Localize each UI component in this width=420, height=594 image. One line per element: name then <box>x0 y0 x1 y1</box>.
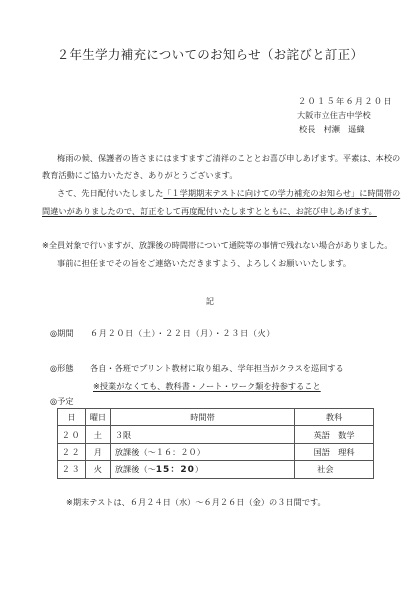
cell-subjects: 英語 数学 <box>295 426 374 443</box>
header-weekday: 曜日 <box>85 409 110 426</box>
issue-date: ２０１５年６月２０日 <box>298 96 393 106</box>
header-time: 時間帯 <box>110 409 294 426</box>
cell-subjects: 社会 <box>295 461 374 478</box>
cell-weekday: 火 <box>85 461 110 478</box>
correction-line-2: 間違いがありましたので、訂正をして再度配付いたしますとともに、お詫び申しあげます… <box>42 206 377 216</box>
greeting-line-2: 教育活動にご協力いただき、ありがとうございます。 <box>42 170 238 180</box>
time-suffix: ） <box>195 464 203 474</box>
correction-underlined-1: 「１学期期末テストに向けての学力補充のお知らせ」に時間帯の <box>163 188 400 198</box>
cell-time: 放課後（〜15：20） <box>110 461 294 478</box>
header-subjects: 教科 <box>295 409 374 426</box>
exam-footnote: ※期末テストは、６月２４日（水）〜６月２６日（金）の３日間です。 <box>66 497 326 507</box>
cell-time: 放課後（〜１６：２０） <box>110 443 294 460</box>
cell-day: ２２ <box>58 443 86 460</box>
table-row: ２２ 月 放課後（〜１６：２０） 国語 理科 <box>58 443 374 460</box>
document-title: ２年生学力補充についてのお知らせ（お詫びと訂正） <box>0 45 420 63</box>
schedule-label: ◎予定 <box>50 396 74 406</box>
cell-day: ２０ <box>58 426 86 443</box>
schedule-table: 日 曜日 時間帯 教科 ２０ 土 ３限 英語 数学 ２２ 月 放課後（〜１６：２… <box>57 408 374 479</box>
note-line-1: ※全員対象で行いますが、放課後の時間帯について通院等の事情で残れない場合がありま… <box>42 240 393 250</box>
cell-time: ３限 <box>110 426 294 443</box>
note-line-2: 事前に担任までその旨をご連絡いただきますよう、よろしくお願いいたします。 <box>57 258 351 268</box>
form-value: 各自・各班でプリント教材に取り組み、学年担当がクラスを巡回する <box>90 363 344 373</box>
header-day: 日 <box>58 409 86 426</box>
correction-line-1: さて、先日配付いたしました「１学期期末テストに向けての学力補充のお知らせ」に時間… <box>57 188 400 198</box>
ki-heading: 記 <box>0 296 420 306</box>
form-note: ※授業がなくても、教科書・ノート・ワーク類を持参すること <box>93 381 321 391</box>
form-label: ◎形態 <box>50 363 74 373</box>
table-row: ２０ 土 ３限 英語 数学 <box>58 426 374 443</box>
greeting-line-1: 梅雨の候、保護者の皆さまにはますますご清祥のこととお喜び申しあげます。平素は、本… <box>57 153 400 163</box>
cell-subjects: 国語 理科 <box>295 443 374 460</box>
cell-weekday: 土 <box>85 426 110 443</box>
principal-name: 校長 村瀬 遥織 <box>299 124 365 134</box>
table-row: ２３ 火 放課後（〜15：20） 社会 <box>58 461 374 478</box>
table-header-row: 日 曜日 時間帯 教科 <box>58 409 374 426</box>
period-label: ◎期間 <box>50 328 74 338</box>
school-name: 大阪市立住吉中学校 <box>297 110 371 120</box>
time-prefix: 放課後（〜 <box>115 464 156 474</box>
correction-prefix: さて、先日配付いたしました <box>57 188 163 198</box>
time-corrected: 15：20 <box>156 465 195 475</box>
cell-day: ２３ <box>58 461 86 478</box>
period-value: ６月２０日（土）・２２日（月）・２３日（火） <box>90 328 275 338</box>
cell-weekday: 月 <box>85 443 110 460</box>
